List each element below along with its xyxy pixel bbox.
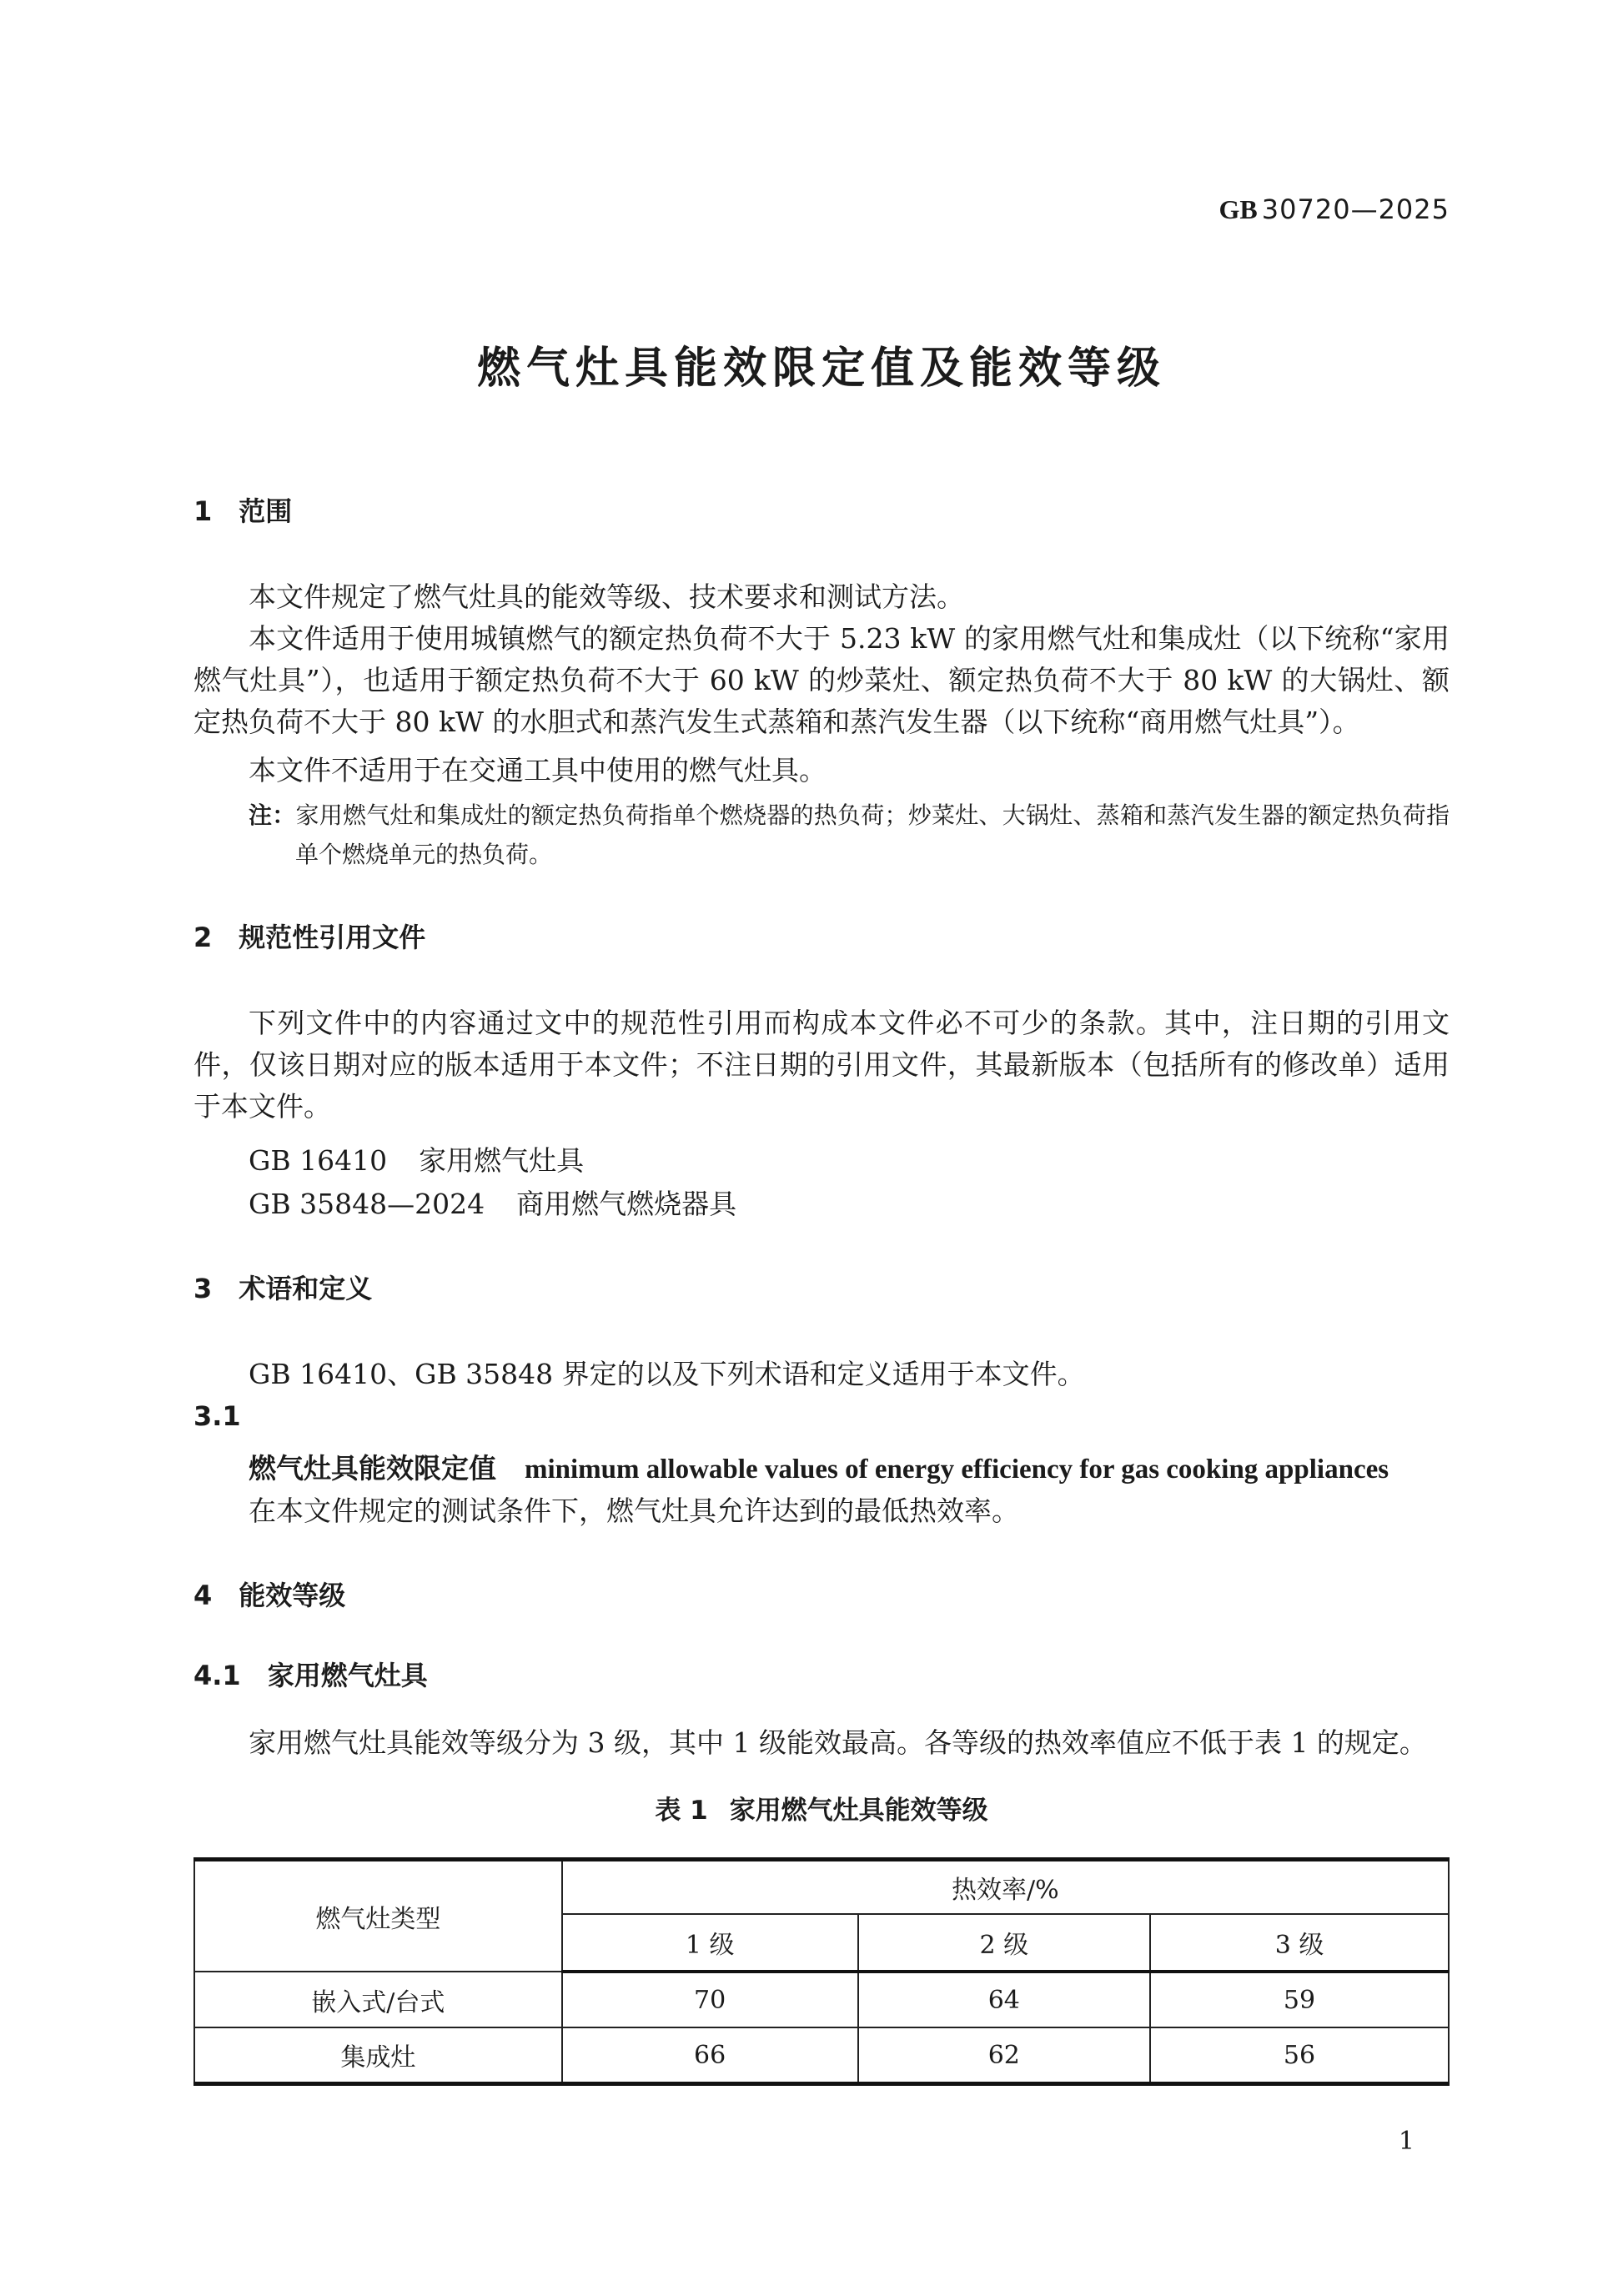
section-number: 4 bbox=[193, 1580, 212, 1611]
section-title: 规范性引用文件 bbox=[239, 922, 425, 953]
subsection-heading-domestic: 4.1家用燃气灶具 bbox=[193, 1660, 1450, 1691]
reference-item: GB 16410家用燃气灶具 bbox=[193, 1140, 1450, 1182]
table-row: 集成灶 66 62 56 bbox=[194, 2027, 1449, 2084]
cell-value: 64 bbox=[858, 1972, 1150, 2027]
term-definition: 在本文件规定的测试条件下，燃气灶具允许达到的最低热效率。 bbox=[193, 1490, 1450, 1532]
paragraph-references: 下列文件中的内容通过文中的规范性引用而构成本文件必不可少的条款。其中，注日期的引… bbox=[193, 1002, 1450, 1128]
cell-value: 66 bbox=[562, 2027, 858, 2084]
column-header-efficiency: 热效率/% bbox=[562, 1860, 1449, 1915]
table-caption-label: 表 1 bbox=[655, 1796, 707, 1826]
paragraph-terms: GB 16410、GB 35848 界定的以及下列术语和定义适用于本文件。 bbox=[193, 1354, 1450, 1395]
column-header-type: 燃气灶类型 bbox=[194, 1860, 562, 1972]
paragraph-scope-2: 本文件适用于使用城镇燃气的额定热负荷不大于 5.23 kW 的家用燃气灶和集成灶… bbox=[193, 618, 1450, 743]
term-entry: 燃气灶具能效限定值minimum allowable values of ene… bbox=[193, 1448, 1450, 1490]
standard-number: GB 30720—2025 bbox=[193, 196, 1450, 228]
standard-code-prefix: GB bbox=[1219, 194, 1257, 224]
energy-grade-table: 燃气灶类型 热效率/% 1 级 2 级 3 级 嵌入式/台式 70 64 59 … bbox=[193, 1857, 1450, 2086]
cell-value: 62 bbox=[858, 2027, 1150, 2084]
scope-note: 注：家用燃气灶和集成灶的额定热负荷指单个燃烧器的热负荷；炒菜灶、大锅灶、蒸箱和蒸… bbox=[249, 796, 1450, 874]
section-title: 术语和定义 bbox=[239, 1273, 372, 1304]
reference-code: GB 16410 bbox=[249, 1144, 387, 1177]
reference-item: GB 35848—2024商用燃气燃烧器具 bbox=[193, 1183, 1450, 1225]
cell-stove-type: 集成灶 bbox=[194, 2027, 562, 2084]
table-caption-text: 家用燃气灶具能效等级 bbox=[730, 1796, 988, 1826]
subsection-title: 家用燃气灶具 bbox=[268, 1660, 428, 1691]
term-english: minimum allowable values of energy effic… bbox=[525, 1454, 1389, 1485]
paragraph-scope-1: 本文件规定了燃气灶具的能效等级、技术要求和测试方法。 bbox=[193, 576, 1450, 618]
column-header-grade-1: 1 级 bbox=[562, 1914, 858, 1972]
reference-code: GB 35848—2024 bbox=[249, 1188, 485, 1220]
section-heading-scope: 1范围 bbox=[193, 496, 1450, 526]
column-header-grade-3: 3 级 bbox=[1150, 1914, 1449, 1972]
section-title: 能效等级 bbox=[239, 1580, 345, 1611]
reference-title: 家用燃气灶具 bbox=[419, 1144, 584, 1177]
section-heading-grades: 4能效等级 bbox=[193, 1580, 1450, 1610]
paragraph-grades: 家用燃气灶具能效等级分为 3 级，其中 1 级能效最高。各等级的热效率值应不低于… bbox=[193, 1722, 1450, 1764]
cell-value: 56 bbox=[1150, 2027, 1449, 2084]
cell-value: 59 bbox=[1150, 1972, 1449, 2027]
subsection-number: 4.1 bbox=[193, 1660, 241, 1691]
cell-stove-type: 嵌入式/台式 bbox=[194, 1972, 562, 2027]
section-number: 1 bbox=[193, 495, 212, 527]
term-chinese: 燃气灶具能效限定值 bbox=[249, 1452, 496, 1485]
section-heading-references: 2规范性引用文件 bbox=[193, 922, 1450, 952]
standard-code-number: 30720—2025 bbox=[1262, 193, 1450, 225]
table-header-row: 燃气灶类型 热效率/% bbox=[194, 1860, 1449, 1915]
document-title: 燃气灶具能效限定值及能效等级 bbox=[193, 346, 1450, 391]
section-number: 3 bbox=[193, 1273, 212, 1304]
clause-number: 3.1 bbox=[193, 1399, 1450, 1433]
table-caption: 表 1家用燃气灶具能效等级 bbox=[193, 1796, 1450, 1826]
section-heading-terms: 3术语和定义 bbox=[193, 1274, 1450, 1304]
section-title: 范围 bbox=[239, 495, 292, 527]
note-label: 注： bbox=[249, 801, 295, 829]
note-text: 家用燃气灶和集成灶的额定热负荷指单个燃烧器的热负荷；炒菜灶、大锅灶、蒸箱和蒸汽发… bbox=[295, 801, 1450, 868]
document-page: GB 30720—2025 燃气灶具能效限定值及能效等级 1范围 本文件规定了燃… bbox=[0, 0, 1623, 2296]
section-number: 2 bbox=[193, 922, 212, 953]
cell-value: 70 bbox=[562, 1972, 858, 2027]
paragraph-scope-3: 本文件不适用于在交通工具中使用的燃气灶具。 bbox=[193, 750, 1450, 791]
page-number: 1 bbox=[193, 2128, 1450, 2156]
column-header-grade-2: 2 级 bbox=[858, 1914, 1150, 1972]
reference-title: 商用燃气燃烧器具 bbox=[516, 1188, 736, 1220]
table-row: 嵌入式/台式 70 64 59 bbox=[194, 1972, 1449, 2027]
